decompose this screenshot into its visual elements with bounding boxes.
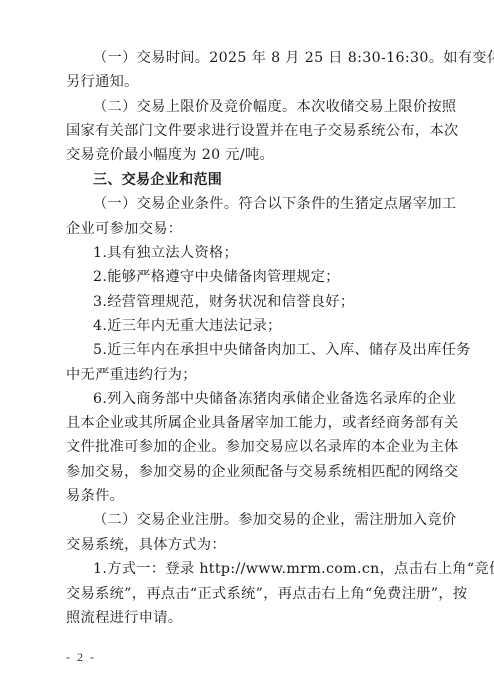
section-heading-enterprises: 三、交易企业和范围: [93, 168, 428, 192]
list-item-6: 6.列入商务部中央储备冻猪肉承储企业备选名录库的企业: [93, 387, 428, 411]
list-item-5-cont: 中无严重违约行为；: [66, 363, 428, 387]
paragraph-price-limit: （二）交易上限价及竞价幅度。本次收储交易上限价按照: [93, 95, 428, 119]
page-number: - 2 -: [66, 648, 96, 666]
list-item-5: 5.近三年内在承担中央储备肉加工、入库、储存及出库任务: [93, 338, 428, 362]
list-item-6-cont: 参加交易，参加交易的企业须配备与交易系统相匹配的网络交: [66, 460, 428, 484]
paragraph-trading-time-cont: 另行通知。: [66, 70, 428, 94]
paragraph-enterprise-conditions: （一）交易企业条件。符合以下条件的生猪定点屠宰加工: [93, 192, 428, 216]
document-page: （一）交易时间。2025 年 8 月 25 日 8:30-16:30。如有变化，…: [0, 0, 494, 700]
registration-method-1-cont: 照流程进行申请。: [66, 606, 428, 630]
paragraph-enterprise-conditions-cont: 企业可参加交易：: [66, 217, 428, 241]
paragraph-registration: （二）交易企业注册。参加交易的企业，需注册加入竞价: [93, 508, 428, 532]
paragraph-price-limit-cont: 交易竞价最小幅度为 20 元/吨。: [66, 143, 428, 167]
list-item-6-cont: 文件批准可参加的企业。参加交易应以名录库的本企业为主体: [66, 435, 428, 459]
list-item-6-cont: 且本企业或其所属企业具备屠宰加工能力，或者经商务部有关: [66, 411, 428, 435]
list-item-2: 2.能够严格遵守中央储备肉管理规定；: [93, 265, 428, 289]
registration-method-1: 1.方式一：登录 http://www.mrm.com.cn，点击右上角“竞价: [93, 557, 428, 581]
list-item-4: 4.近三年内无重大违法记录；: [93, 314, 428, 338]
list-item-1: 1.具有独立法人资格；: [93, 241, 428, 265]
registration-method-1-cont: 交易系统”，再点击“正式系统”，再点击右上角“免费注册”，按: [66, 582, 428, 606]
paragraph-price-limit-cont: 国家有关部门文件要求进行设置并在电子交易系统公布，本次: [66, 119, 428, 143]
list-item-3: 3.经营管理规范，财务状况和信誉良好；: [93, 290, 428, 314]
list-item-6-cont: 易条件。: [66, 484, 428, 508]
paragraph-trading-time: （一）交易时间。2025 年 8 月 25 日 8:30-16:30。如有变化，: [93, 46, 428, 70]
paragraph-registration-cont: 交易系统，具体方式为：: [66, 533, 428, 557]
